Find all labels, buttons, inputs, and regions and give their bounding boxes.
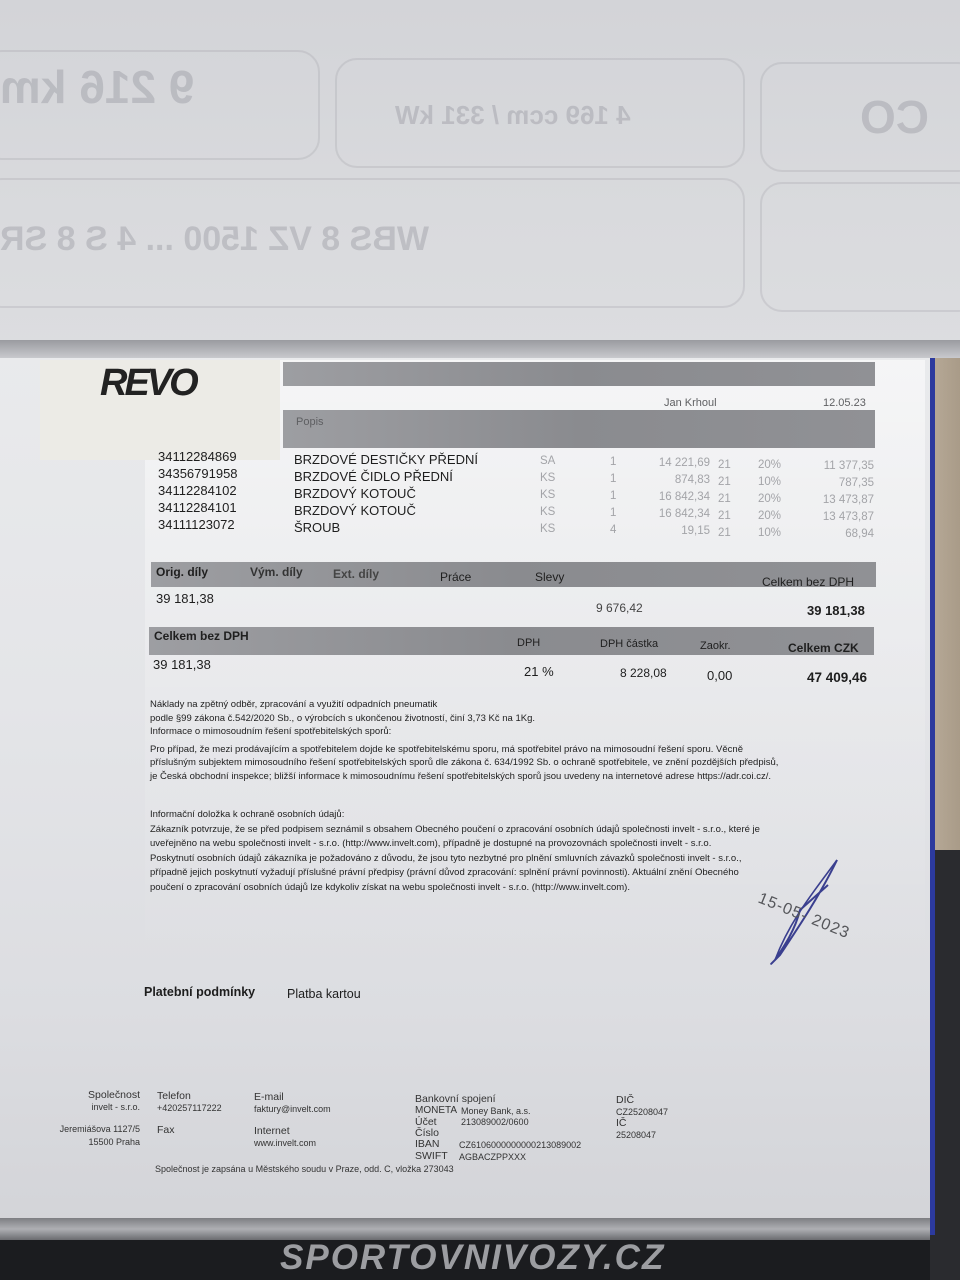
hdr-exchange-parts: Vým. díly [250, 565, 303, 579]
item-description: BRZDOVÝ KOTOUČ [294, 503, 416, 518]
item-description: ŠROUB [294, 520, 340, 535]
item-unit: KS [540, 523, 555, 535]
note-line: Pro případ, že mezi prodávajícím a spotř… [150, 744, 743, 755]
footer-ic: 25208047 [616, 1130, 656, 1140]
hdr-orig-parts: Orig. díly [156, 565, 208, 579]
footer-account: 213089002/0600 [461, 1117, 529, 1127]
sleeve-bottom-edge [0, 1218, 930, 1240]
footer-iban-label: IBAN [415, 1138, 440, 1150]
item-description: BRZDOVÝ KOTOUČ [294, 486, 416, 501]
footer-dic: CZ25208047 [616, 1107, 668, 1117]
item-unit-price: 14 221,69 [630, 457, 710, 469]
note-line: je Česká obchodní inspekce; bližší infor… [150, 771, 771, 782]
note-line: příslušným subjektem mimosoudního řešení… [150, 757, 778, 768]
vat-rate-value: 21 % [524, 664, 554, 679]
rounding-value: 0,00 [707, 668, 732, 683]
hdr-totals-without-vat: Celkem bez DPH [154, 629, 249, 643]
vat-amount-value: 8 228,08 [620, 666, 667, 680]
item-discount: 20% [758, 510, 781, 522]
item-total: 68,94 [800, 528, 874, 540]
item-unit: KS [540, 489, 555, 501]
hdr-vat: DPH [517, 637, 540, 649]
page-fold-shadow [0, 340, 960, 358]
hdr-total-czk: Celkem CZK [788, 641, 859, 655]
note-line: Náklady na zpětný odběr, zpracování a vy… [150, 699, 437, 710]
payment-terms-value: Platba kartou [287, 987, 361, 1001]
footer-phone-label: Telefon [157, 1090, 191, 1102]
footer-company-label: Společnost [60, 1089, 140, 1101]
item-description: BRZDOVÉ DESTIČKY PŘEDNÍ [294, 452, 478, 467]
item-discount: 20% [758, 459, 781, 471]
totals-without-vat-value: 39 181,38 [153, 657, 211, 672]
item-vat: 21 [718, 476, 731, 488]
total-czk-value: 47 409,46 [807, 670, 867, 685]
column-popis: Popis [296, 416, 324, 428]
back-page-overlay: 9 216 km 4 169 ccm / 331 kW WBS 8 VZ 150… [0, 0, 960, 350]
item-code: 34111123072 [158, 517, 235, 532]
item-qty: 1 [610, 473, 616, 485]
logo-text: REVO [100, 362, 196, 404]
privacy-line: Poskytnutí osobních údajů zákazníka je p… [150, 853, 741, 864]
item-code: 34112284869 [158, 449, 237, 464]
item-unit: KS [540, 506, 555, 518]
footer-dic-label: DIČ [616, 1094, 634, 1106]
footer-bank-name: Money Bank, a.s. [461, 1106, 531, 1116]
footer-company-name: invelt - s.r.o. [60, 1102, 140, 1112]
item-vat: 21 [718, 493, 731, 505]
footer-fax-label: Fax [157, 1124, 175, 1136]
ghost-text: CO [860, 90, 929, 144]
employee-name: Jan Krhoul [664, 397, 717, 409]
item-vat: 21 [718, 527, 731, 539]
item-unit: SA [540, 455, 555, 467]
footer-swift-label: SWIFT [415, 1150, 448, 1162]
item-code: 34112284101 [158, 500, 237, 515]
hdr-vat-amount: DPH částka [600, 638, 658, 650]
item-code: 34112284102 [158, 483, 237, 498]
privacy-line: poučení o zpracování osobních údajů lze … [150, 882, 630, 893]
payment-terms-label: Platební podmínky [144, 985, 255, 999]
revo-logo: REVO [100, 362, 196, 405]
footer-email-label: E-mail [254, 1091, 284, 1103]
totals-bar [149, 627, 874, 655]
note-line: Informace o mimosoudním řešení spotřebit… [150, 726, 391, 737]
footer-registration: Společnost je zapsána u Městského soudu … [155, 1164, 454, 1174]
item-description: BRZDOVÉ ČIDLO PŘEDNÍ [294, 469, 453, 484]
privacy-line: uveřejněno na webu společnosti invelt - … [150, 838, 711, 849]
ghost-text: 9 216 km [0, 60, 194, 114]
item-unit-price: 16 842,34 [630, 508, 710, 520]
ghost-text: 4 169 ccm / 331 kW [395, 100, 631, 131]
item-total: 13 473,87 [800, 511, 874, 523]
item-discount: 10% [758, 527, 781, 539]
footer-address-street: Jeremiášova 1127/5 [30, 1124, 140, 1134]
ghost-text: WBS 8 VZ 1500 ... 4 S 8 SR [0, 220, 429, 259]
footer-swift: AGBACZPPXXX [459, 1152, 526, 1162]
footer-iban: CZ6106000000000213089002 [459, 1140, 581, 1150]
hdr-total-without-vat: Celkem bez DPH [762, 575, 854, 589]
item-qty: 1 [610, 507, 616, 519]
item-unit-price: 16 842,34 [630, 491, 710, 503]
footer-bank-label: Bankovní spojení [415, 1093, 496, 1105]
item-unit-price: 874,83 [630, 474, 710, 486]
footer-email[interactable]: faktury@invelt.com [254, 1104, 331, 1114]
item-qty: 4 [610, 524, 616, 536]
footer-bank-code-label: MONETA [415, 1105, 457, 1116]
ghost-box [760, 182, 960, 312]
item-unit: KS [540, 472, 555, 484]
note-line: podle §99 zákona č.542/2020 Sb., o výrob… [150, 713, 535, 724]
invoice-date: 12.05.23 [823, 397, 866, 409]
item-vat: 21 [718, 459, 731, 471]
hdr-labor: Práce [440, 570, 471, 584]
item-total: 787,35 [800, 477, 874, 489]
privacy-line: Informační doložka k ochraně osobních úd… [150, 809, 344, 820]
hdr-rounding: Zaokr. [700, 640, 731, 652]
item-discount: 20% [758, 493, 781, 505]
privacy-line: Zákazník potvrzuje, že se před podpisem … [150, 824, 760, 835]
item-qty: 1 [610, 490, 616, 502]
footer-ic-label: IČ [616, 1117, 627, 1129]
item-discount: 10% [758, 476, 781, 488]
orig-parts-value: 39 181,38 [156, 591, 214, 606]
hdr-ext-parts: Ext. díly [333, 567, 379, 581]
item-total: 13 473,87 [800, 494, 874, 506]
privacy-line: případně jejich poskytnutí vyžadují přís… [150, 867, 739, 878]
footer-website[interactable]: www.invelt.com [254, 1138, 316, 1148]
item-total: 11 377,35 [800, 460, 874, 472]
item-unit-price: 19,15 [630, 525, 710, 537]
footer-internet-label: Internet [254, 1125, 290, 1137]
header-bar-top [283, 362, 875, 386]
watermark: SPORTOVNIVOZY.CZ [280, 1238, 665, 1278]
item-vat: 21 [718, 510, 731, 522]
footer-phone: +420257117222 [157, 1103, 222, 1113]
header-bar-columns [283, 410, 875, 448]
footer-address-city: 15500 Praha [30, 1137, 140, 1147]
hdr-discounts: Slevy [535, 570, 564, 584]
item-code: 34356791958 [158, 466, 238, 481]
item-qty: 1 [610, 456, 616, 468]
parts-total-value: 39 181,38 [807, 603, 865, 618]
discount-total-value: 9 676,42 [596, 601, 643, 615]
